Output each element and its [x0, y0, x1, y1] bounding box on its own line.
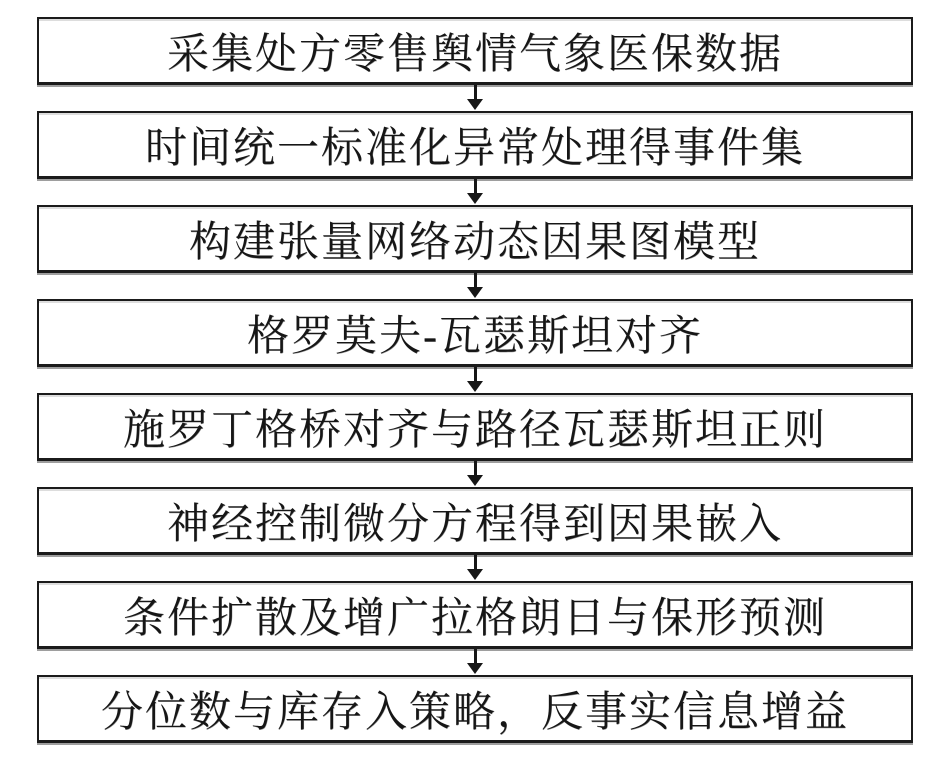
flowchart-canvas: 采集处方零售舆情气象医保数据 时间统一标准化异常处理得事件集 构建张量网络动态因…	[0, 0, 930, 757]
arrow-head	[467, 99, 483, 110]
arrow-head	[467, 381, 483, 392]
arrow-head	[467, 569, 483, 580]
flow-step-4-label: 格罗莫夫-瓦瑟斯坦对齐	[247, 303, 703, 363]
arrow-down-icon	[37, 179, 913, 205]
flow-step-8-label: 分位数与库存入策略，反事实信息增益	[101, 679, 849, 739]
flow-step-2-label: 时间统一标准化异常处理得事件集	[145, 115, 805, 175]
arrow-stem	[474, 367, 477, 382]
arrow-stem	[474, 649, 477, 664]
arrow-stem	[474, 555, 477, 570]
flow-step-3-label: 构建张量网络动态因果图模型	[189, 209, 761, 269]
flow-step-6: 神经控制微分方程得到因果嵌入	[37, 487, 913, 555]
flow-step-5-label: 施罗丁格桥对齐与路径瓦瑟斯坦正则	[123, 397, 827, 457]
arrow-down-icon	[37, 461, 913, 487]
flow-step-8: 分位数与库存入策略，反事实信息增益	[37, 675, 913, 743]
flow-step-2: 时间统一标准化异常处理得事件集	[37, 111, 913, 179]
arrow-head	[467, 193, 483, 204]
flow-step-1-label: 采集处方零售舆情气象医保数据	[167, 21, 783, 81]
flowchart-step-stack: 采集处方零售舆情气象医保数据 时间统一标准化异常处理得事件集 构建张量网络动态因…	[37, 17, 913, 743]
arrow-down-icon	[37, 367, 913, 393]
arrow-down-icon	[37, 85, 913, 111]
flow-step-7-label: 条件扩散及增广拉格朗日与保形预测	[123, 585, 827, 645]
flow-step-4: 格罗莫夫-瓦瑟斯坦对齐	[37, 299, 913, 367]
flow-step-3: 构建张量网络动态因果图模型	[37, 205, 913, 273]
arrow-head	[467, 475, 483, 486]
arrow-stem	[474, 273, 477, 288]
flow-step-7: 条件扩散及增广拉格朗日与保形预测	[37, 581, 913, 649]
arrow-stem	[474, 461, 477, 476]
flow-step-6-label: 神经控制微分方程得到因果嵌入	[167, 491, 783, 551]
flow-step-1: 采集处方零售舆情气象医保数据	[37, 17, 913, 85]
arrow-head	[467, 663, 483, 674]
arrow-down-icon	[37, 555, 913, 581]
arrow-head	[467, 287, 483, 298]
arrow-down-icon	[37, 649, 913, 675]
arrow-stem	[474, 179, 477, 194]
arrow-down-icon	[37, 273, 913, 299]
flow-step-5: 施罗丁格桥对齐与路径瓦瑟斯坦正则	[37, 393, 913, 461]
arrow-stem	[474, 85, 477, 100]
